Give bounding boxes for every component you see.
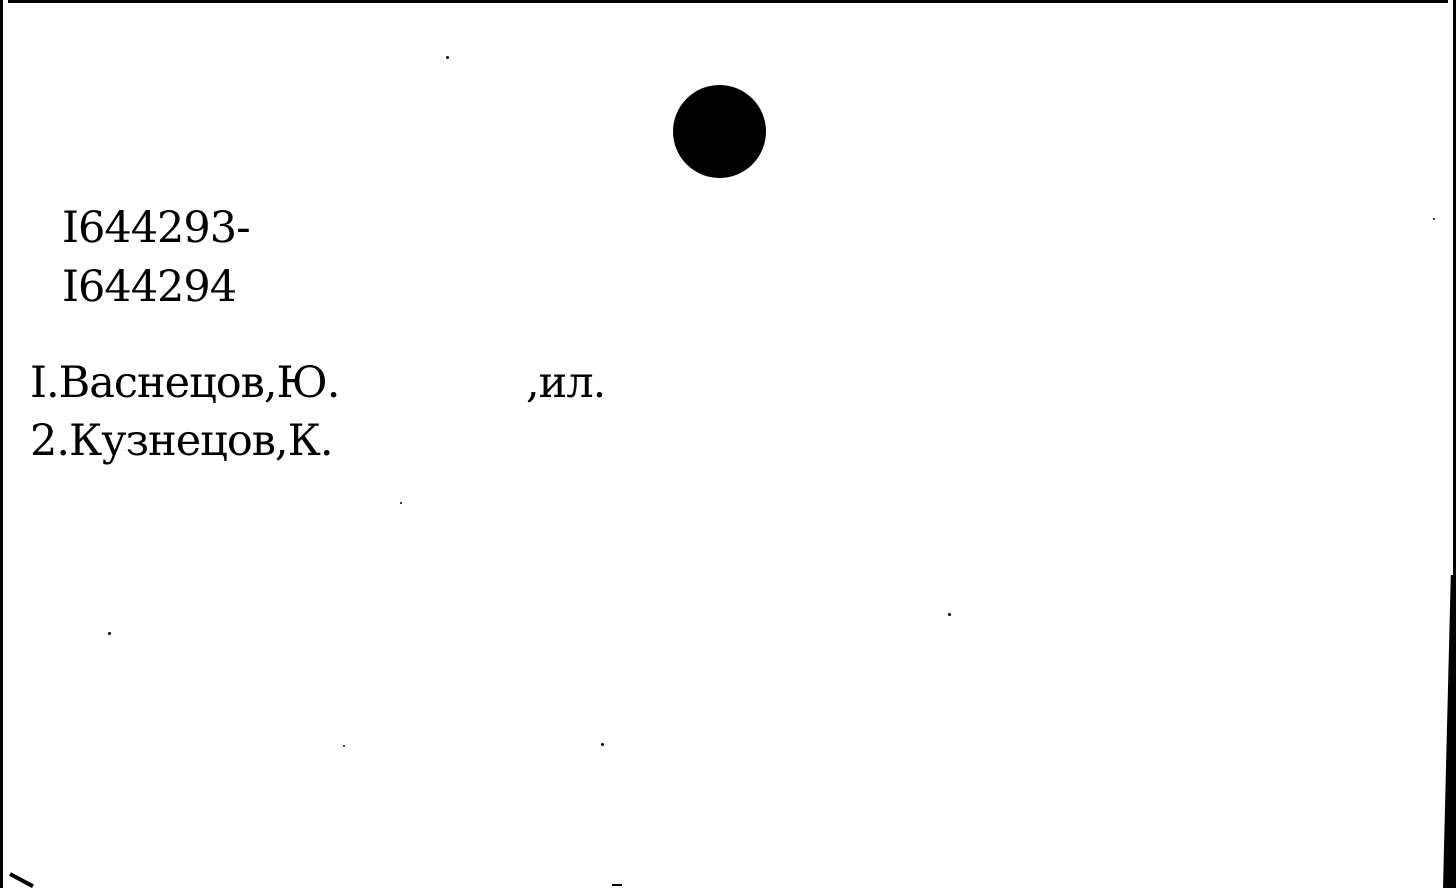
scan-speck (108, 632, 111, 635)
inventory-number-end: I644294 (62, 266, 236, 309)
catalog-card: I644293- I644294 I.Васнецов,Ю. ,ил. 2.Ку… (0, 0, 1456, 888)
scan-speck (400, 502, 402, 504)
person-entry: I.Васнецов,Ю. (30, 362, 339, 405)
scan-speck (601, 743, 604, 746)
person-entry: 2.Кузнецов,К. (30, 420, 333, 463)
role-note: ,ил. (526, 362, 605, 405)
scan-speck (612, 884, 622, 886)
scan-edge-left (0, 0, 3, 888)
inventory-number-start: I644293- (62, 207, 250, 250)
scan-edge-top (8, 0, 1448, 3)
punch-hole-icon (673, 85, 766, 178)
scan-speck (343, 745, 345, 747)
scan-speck (446, 56, 449, 59)
scan-edge-right-shadow (1443, 575, 1456, 888)
scan-mark (9, 872, 34, 888)
scan-speck (1433, 218, 1435, 220)
scan-speck (948, 613, 951, 616)
